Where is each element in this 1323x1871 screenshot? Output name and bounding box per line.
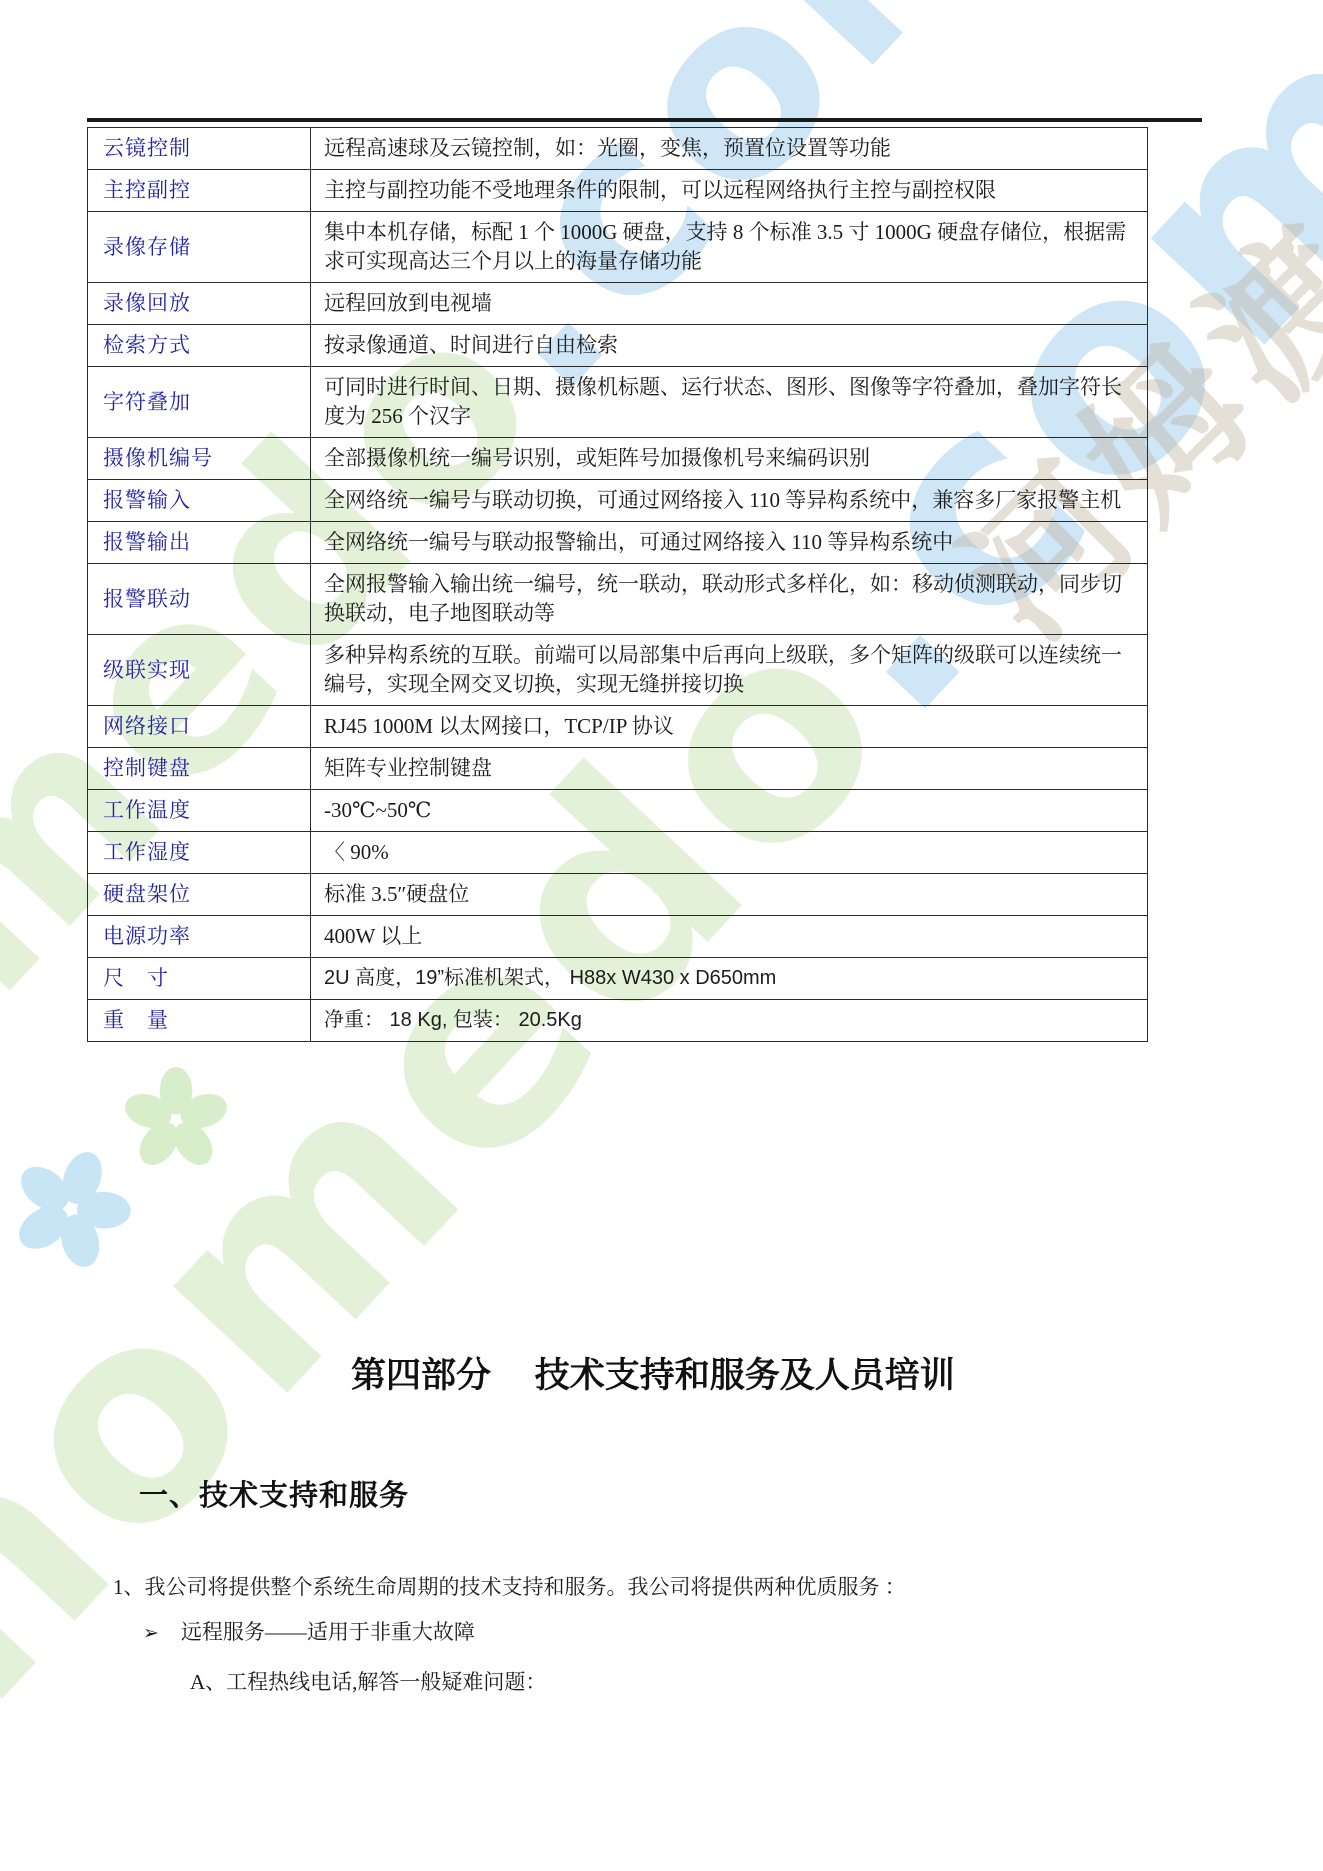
spec-label-cell: 工作温度 xyxy=(88,790,311,832)
spec-value-cell: 2U 高度，19”标准机架式， H88x W430 x D650mm xyxy=(311,958,1148,1000)
spec-label-cell: 录像回放 xyxy=(88,283,311,325)
table-row: 尺 寸 2U 高度，19”标准机架式， H88x W430 x D650mm xyxy=(88,958,1148,1000)
table-row: 录像回放 远程回放到电视墙 xyxy=(88,283,1148,325)
spec-label-cell: 工作湿度 xyxy=(88,832,311,874)
arrow-bullet-icon: ➢ xyxy=(143,1622,159,1644)
spec-label-cell: 重 量 xyxy=(88,1000,311,1042)
spec-value-cell: 主控与副控功能不受地理条件的限制，可以远程网络执行主控与副控权限 xyxy=(311,170,1148,212)
spec-value-cell: 全网络统一编号与联动报警输出，可通过网络接入 110 等异构系统中 xyxy=(311,522,1148,564)
table-row: 网络接口 RJ45 1000M 以太网接口，TCP/IP 协议 xyxy=(88,706,1148,748)
spec-value-cell: 全部摄像机统一编号识别，或矩阵号加摄像机号来编码识别 xyxy=(311,438,1148,480)
table-row: 重 量 净重： 18 Kg, 包装： 20.5Kg xyxy=(88,1000,1148,1042)
document-page: homedo.com homedo.com 河姆渡 xyxy=(0,0,1323,1871)
spec-table: 云镜控制 远程高速球及云镜控制，如：光圈，变焦，预置位设置等功能 主控副控 主控… xyxy=(87,127,1148,1042)
spec-label-cell: 电源功率 xyxy=(88,916,311,958)
spec-value-cell: 矩阵专业控制键盘 xyxy=(311,748,1148,790)
spec-value-cell: 全网络统一编号与联动切换，可通过网络接入 110 等异构系统中，兼容多厂家报警主… xyxy=(311,480,1148,522)
bullet-text: 远程服务——适用于非重大故障 xyxy=(181,1620,475,1644)
spec-label-cell: 报警输入 xyxy=(88,480,311,522)
spec-label-cell: 网络接口 xyxy=(88,706,311,748)
intro-paragraph: 1、我公司将提供整个系统生命周期的技术支持和服务。我公司将提供两种优质服务 ： xyxy=(113,1571,1233,1601)
table-row: 控制键盘 矩阵专业控制键盘 xyxy=(88,748,1148,790)
table-row: 报警联动 全网报警输入输出统一编号，统一联动，联动形式多样化，如：移动侦测联动，… xyxy=(88,564,1148,635)
table-row: 云镜控制 远程高速球及云镜控制，如：光圈，变焦，预置位设置等功能 xyxy=(88,128,1148,170)
spec-value-cell: 集中本机存储，标配 1 个 1000G 硬盘，支持 8 个标准 3.5 寸 10… xyxy=(311,212,1148,283)
spec-label-cell: 录像存储 xyxy=(88,212,311,283)
spec-label-cell: 摄像机编号 xyxy=(88,438,311,480)
spec-value-cell: 远程高速球及云镜控制，如：光圈，变焦，预置位设置等功能 xyxy=(311,128,1148,170)
document-content: 云镜控制 远程高速球及云镜控制，如：光圈，变焦，预置位设置等功能 主控副控 主控… xyxy=(0,0,1323,1871)
spec-label-cell: 字符叠加 xyxy=(88,367,311,438)
sub-item: A、工程热线电话,解答一般疑难问题： xyxy=(190,1666,546,1696)
table-row: 工作湿度 〈 90% xyxy=(88,832,1148,874)
spec-label-cell: 检索方式 xyxy=(88,325,311,367)
spec-label-cell: 尺 寸 xyxy=(88,958,311,1000)
spec-table-body: 云镜控制 远程高速球及云镜控制，如：光圈，变焦，预置位设置等功能 主控副控 主控… xyxy=(88,128,1148,1042)
table-row: 字符叠加 可同时进行时间、日期、摄像机标题、运行状态、图形、图像等字符叠加，叠加… xyxy=(88,367,1148,438)
table-row: 硬盘架位 标准 3.5″硬盘位 xyxy=(88,874,1148,916)
spec-label-cell: 级联实现 xyxy=(88,635,311,706)
spec-label-cell: 云镜控制 xyxy=(88,128,311,170)
table-row: 级联实现 多种异构系统的互联。前端可以局部集中后再向上级联，多个矩阵的级联可以连… xyxy=(88,635,1148,706)
spec-value-cell: 多种异构系统的互联。前端可以局部集中后再向上级联，多个矩阵的级联可以连续统一编号… xyxy=(311,635,1148,706)
spec-label-cell: 报警输出 xyxy=(88,522,311,564)
spec-value-cell: RJ45 1000M 以太网接口，TCP/IP 协议 xyxy=(311,706,1148,748)
table-row: 录像存储 集中本机存储，标配 1 个 1000G 硬盘，支持 8 个标准 3.5… xyxy=(88,212,1148,283)
table-row: 检索方式 按录像通道、时间进行自由检索 xyxy=(88,325,1148,367)
spec-label-cell: 主控副控 xyxy=(88,170,311,212)
spec-label-cell: 报警联动 xyxy=(88,564,311,635)
spec-label-cell: 控制键盘 xyxy=(88,748,311,790)
table-row: 报警输出 全网络统一编号与联动报警输出，可通过网络接入 110 等异构系统中 xyxy=(88,522,1148,564)
spec-value-cell: 400W 以上 xyxy=(311,916,1148,958)
section-heading: 一、技术支持和服务 xyxy=(139,1473,409,1514)
table-row: 摄像机编号 全部摄像机统一编号识别，或矩阵号加摄像机号来编码识别 xyxy=(88,438,1148,480)
table-row: 工作温度 -30℃~50℃ xyxy=(88,790,1148,832)
spec-value-cell: 〈 90% xyxy=(311,832,1148,874)
spec-value-cell: 标准 3.5″硬盘位 xyxy=(311,874,1148,916)
table-row: 报警输入 全网络统一编号与联动切换，可通过网络接入 110 等异构系统中，兼容多… xyxy=(88,480,1148,522)
header-rule xyxy=(87,118,1202,122)
spec-value-cell: 净重： 18 Kg, 包装： 20.5Kg xyxy=(311,1000,1148,1042)
part-title: 第四部分 技术支持和服务及人员培训 xyxy=(351,1348,955,1398)
spec-value-cell: -30℃~50℃ xyxy=(311,790,1148,832)
bullet-item: ➢远程服务——适用于非重大故障 xyxy=(143,1616,475,1646)
spec-label-cell: 硬盘架位 xyxy=(88,874,311,916)
spec-value-cell: 全网报警输入输出统一编号，统一联动，联动形式多样化，如：移动侦测联动，同步切换联… xyxy=(311,564,1148,635)
spec-value-cell: 可同时进行时间、日期、摄像机标题、运行状态、图形、图像等字符叠加，叠加字符长度为… xyxy=(311,367,1148,438)
spec-value-cell: 远程回放到电视墙 xyxy=(311,283,1148,325)
table-row: 电源功率 400W 以上 xyxy=(88,916,1148,958)
table-row: 主控副控 主控与副控功能不受地理条件的限制，可以远程网络执行主控与副控权限 xyxy=(88,170,1148,212)
spec-value-cell: 按录像通道、时间进行自由检索 xyxy=(311,325,1148,367)
